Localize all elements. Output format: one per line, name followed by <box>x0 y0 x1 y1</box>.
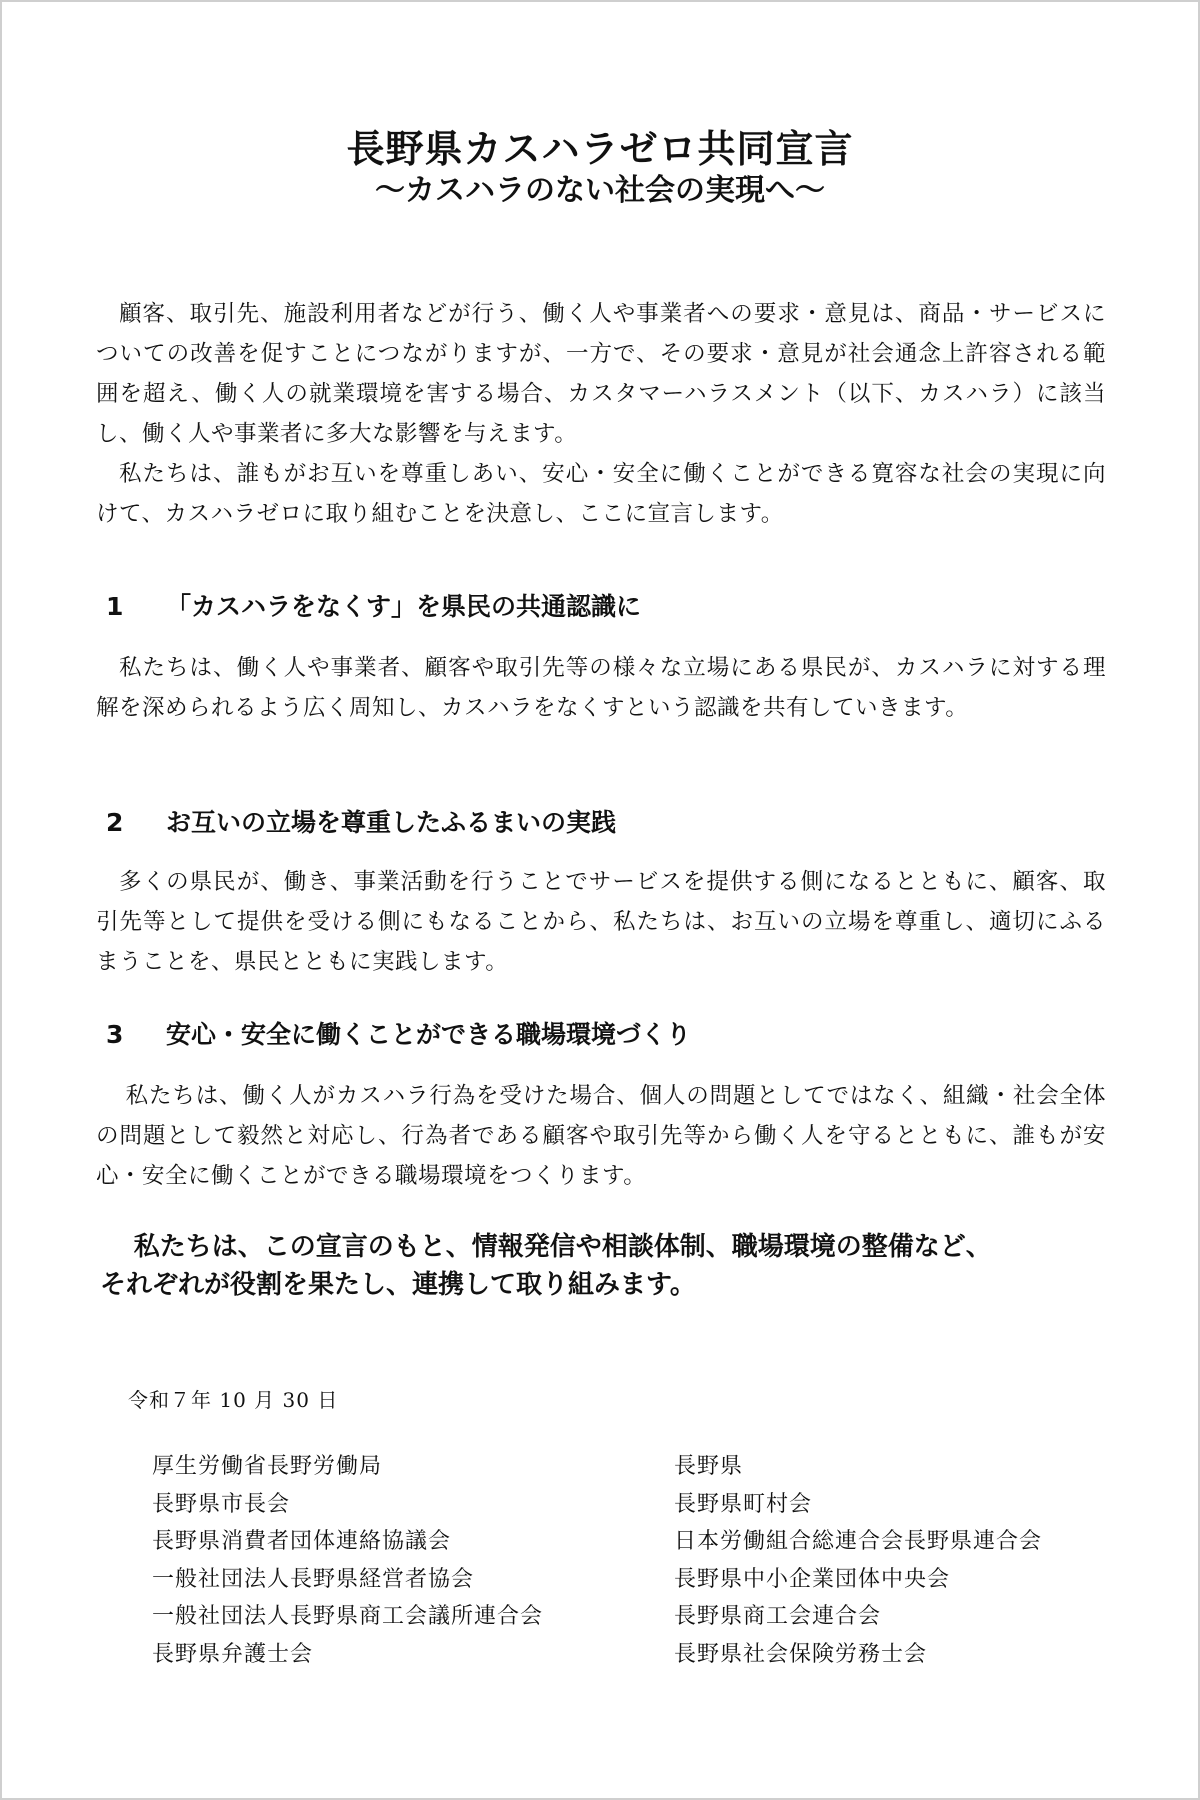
signatory: 一般社団法人長野県商工会議所連合会 <box>152 1598 543 1636</box>
signatory: 長野県弁護士会 <box>152 1636 543 1674</box>
closing-statement: 私たちは、この宣言のもと、情報発信や相談体制、職場環境の整備など、 それぞれが役… <box>100 1228 1110 1304</box>
intro-paragraph-2: 私たちは、誰もがお互いを尊重しあい、安心・安全に働くことができる寛容な社会の実現… <box>96 454 1106 534</box>
closing-line-2: それぞれが役割を果たし、連携して取り組みます。 <box>100 1266 1110 1304</box>
section-3-body: 私たちは、働く人がカスハラ行為を受けた場合、個人の問題としてではなく、組織・社会… <box>96 1076 1106 1196</box>
intro-paragraph-1-text: 顧客、取引先、施設利用者などが行う、働く人や事業者への要求・意見は、商品・サービ… <box>96 301 1106 447</box>
section-number: 1 <box>106 590 166 624</box>
signatory: 長野県消費者団体連絡協議会 <box>152 1523 543 1561</box>
section-body-text: 私たちは、働く人がカスハラ行為を受けた場合、個人の問題としてではなく、組織・社会… <box>96 1083 1106 1189</box>
signatory: 長野県中小企業団体中央会 <box>674 1561 1042 1599</box>
section-3-heading: 3安心・安全に働くことができる職場環境づくり <box>106 1018 691 1052</box>
closing-line-1: 私たちは、この宣言のもと、情報発信や相談体制、職場環境の整備など、 <box>100 1228 1110 1266</box>
document-title: 長野県カスハラゼロ共同宣言 <box>2 126 1198 172</box>
signatory: 長野県町村会 <box>674 1486 1042 1524</box>
intro-paragraph-2-text: 私たちは、誰もがお互いを尊重しあい、安心・安全に働くことができる寛容な社会の実現… <box>96 461 1106 527</box>
signatories-left-column: 厚生労働省長野労働局 長野県市長会 長野県消費者団体連絡協議会 一般社団法人長野… <box>152 1448 543 1673</box>
section-number: 2 <box>106 806 166 840</box>
section-number: 3 <box>106 1018 166 1052</box>
section-1-body: 私たちは、働く人や事業者、顧客や取引先等の様々な立場にある県民が、カスハラに対す… <box>96 648 1106 728</box>
document-subtitle: ～カスハラのない社会の実現へ～ <box>2 172 1198 210</box>
declaration-page: 長野県カスハラゼロ共同宣言 ～カスハラのない社会の実現へ～ 顧客、取引先、施設利… <box>0 0 1200 1800</box>
section-2-heading: 2お互いの立場を尊重したふるまいの実践 <box>106 806 616 840</box>
signatory: 一般社団法人長野県経営者協会 <box>152 1561 543 1599</box>
section-body-text: 私たちは、働く人や事業者、顧客や取引先等の様々な立場にある県民が、カスハラに対す… <box>96 655 1106 721</box>
section-body-text: 多くの県民が、働き、事業活動を行うことでサービスを提供する側になるとともに、顧客… <box>96 869 1106 975</box>
declaration-date: 令和７年 10 月 30 日 <box>128 1386 338 1414</box>
signatory: 長野県商工会連合会 <box>674 1598 1042 1636</box>
section-heading-text: 安心・安全に働くことができる職場環境づくり <box>166 1020 691 1049</box>
section-2-body: 多くの県民が、働き、事業活動を行うことでサービスを提供する側になるとともに、顧客… <box>96 862 1106 982</box>
signatory: 長野県 <box>674 1448 1042 1486</box>
signatory: 日本労働組合総連合会長野県連合会 <box>674 1523 1042 1561</box>
signatories-right-column: 長野県 長野県町村会 日本労働組合総連合会長野県連合会 長野県中小企業団体中央会… <box>674 1448 1042 1673</box>
section-heading-text: 「カスハラをなくす」を県民の共通認識に <box>166 592 641 621</box>
section-heading-text: お互いの立場を尊重したふるまいの実践 <box>166 808 616 837</box>
signatory: 厚生労働省長野労働局 <box>152 1448 543 1486</box>
section-1-heading: 1「カスハラをなくす」を県民の共通認識に <box>106 590 641 624</box>
intro-paragraph-1: 顧客、取引先、施設利用者などが行う、働く人や事業者への要求・意見は、商品・サービ… <box>96 294 1106 454</box>
signatory: 長野県社会保険労務士会 <box>674 1636 1042 1674</box>
signatory: 長野県市長会 <box>152 1486 543 1524</box>
